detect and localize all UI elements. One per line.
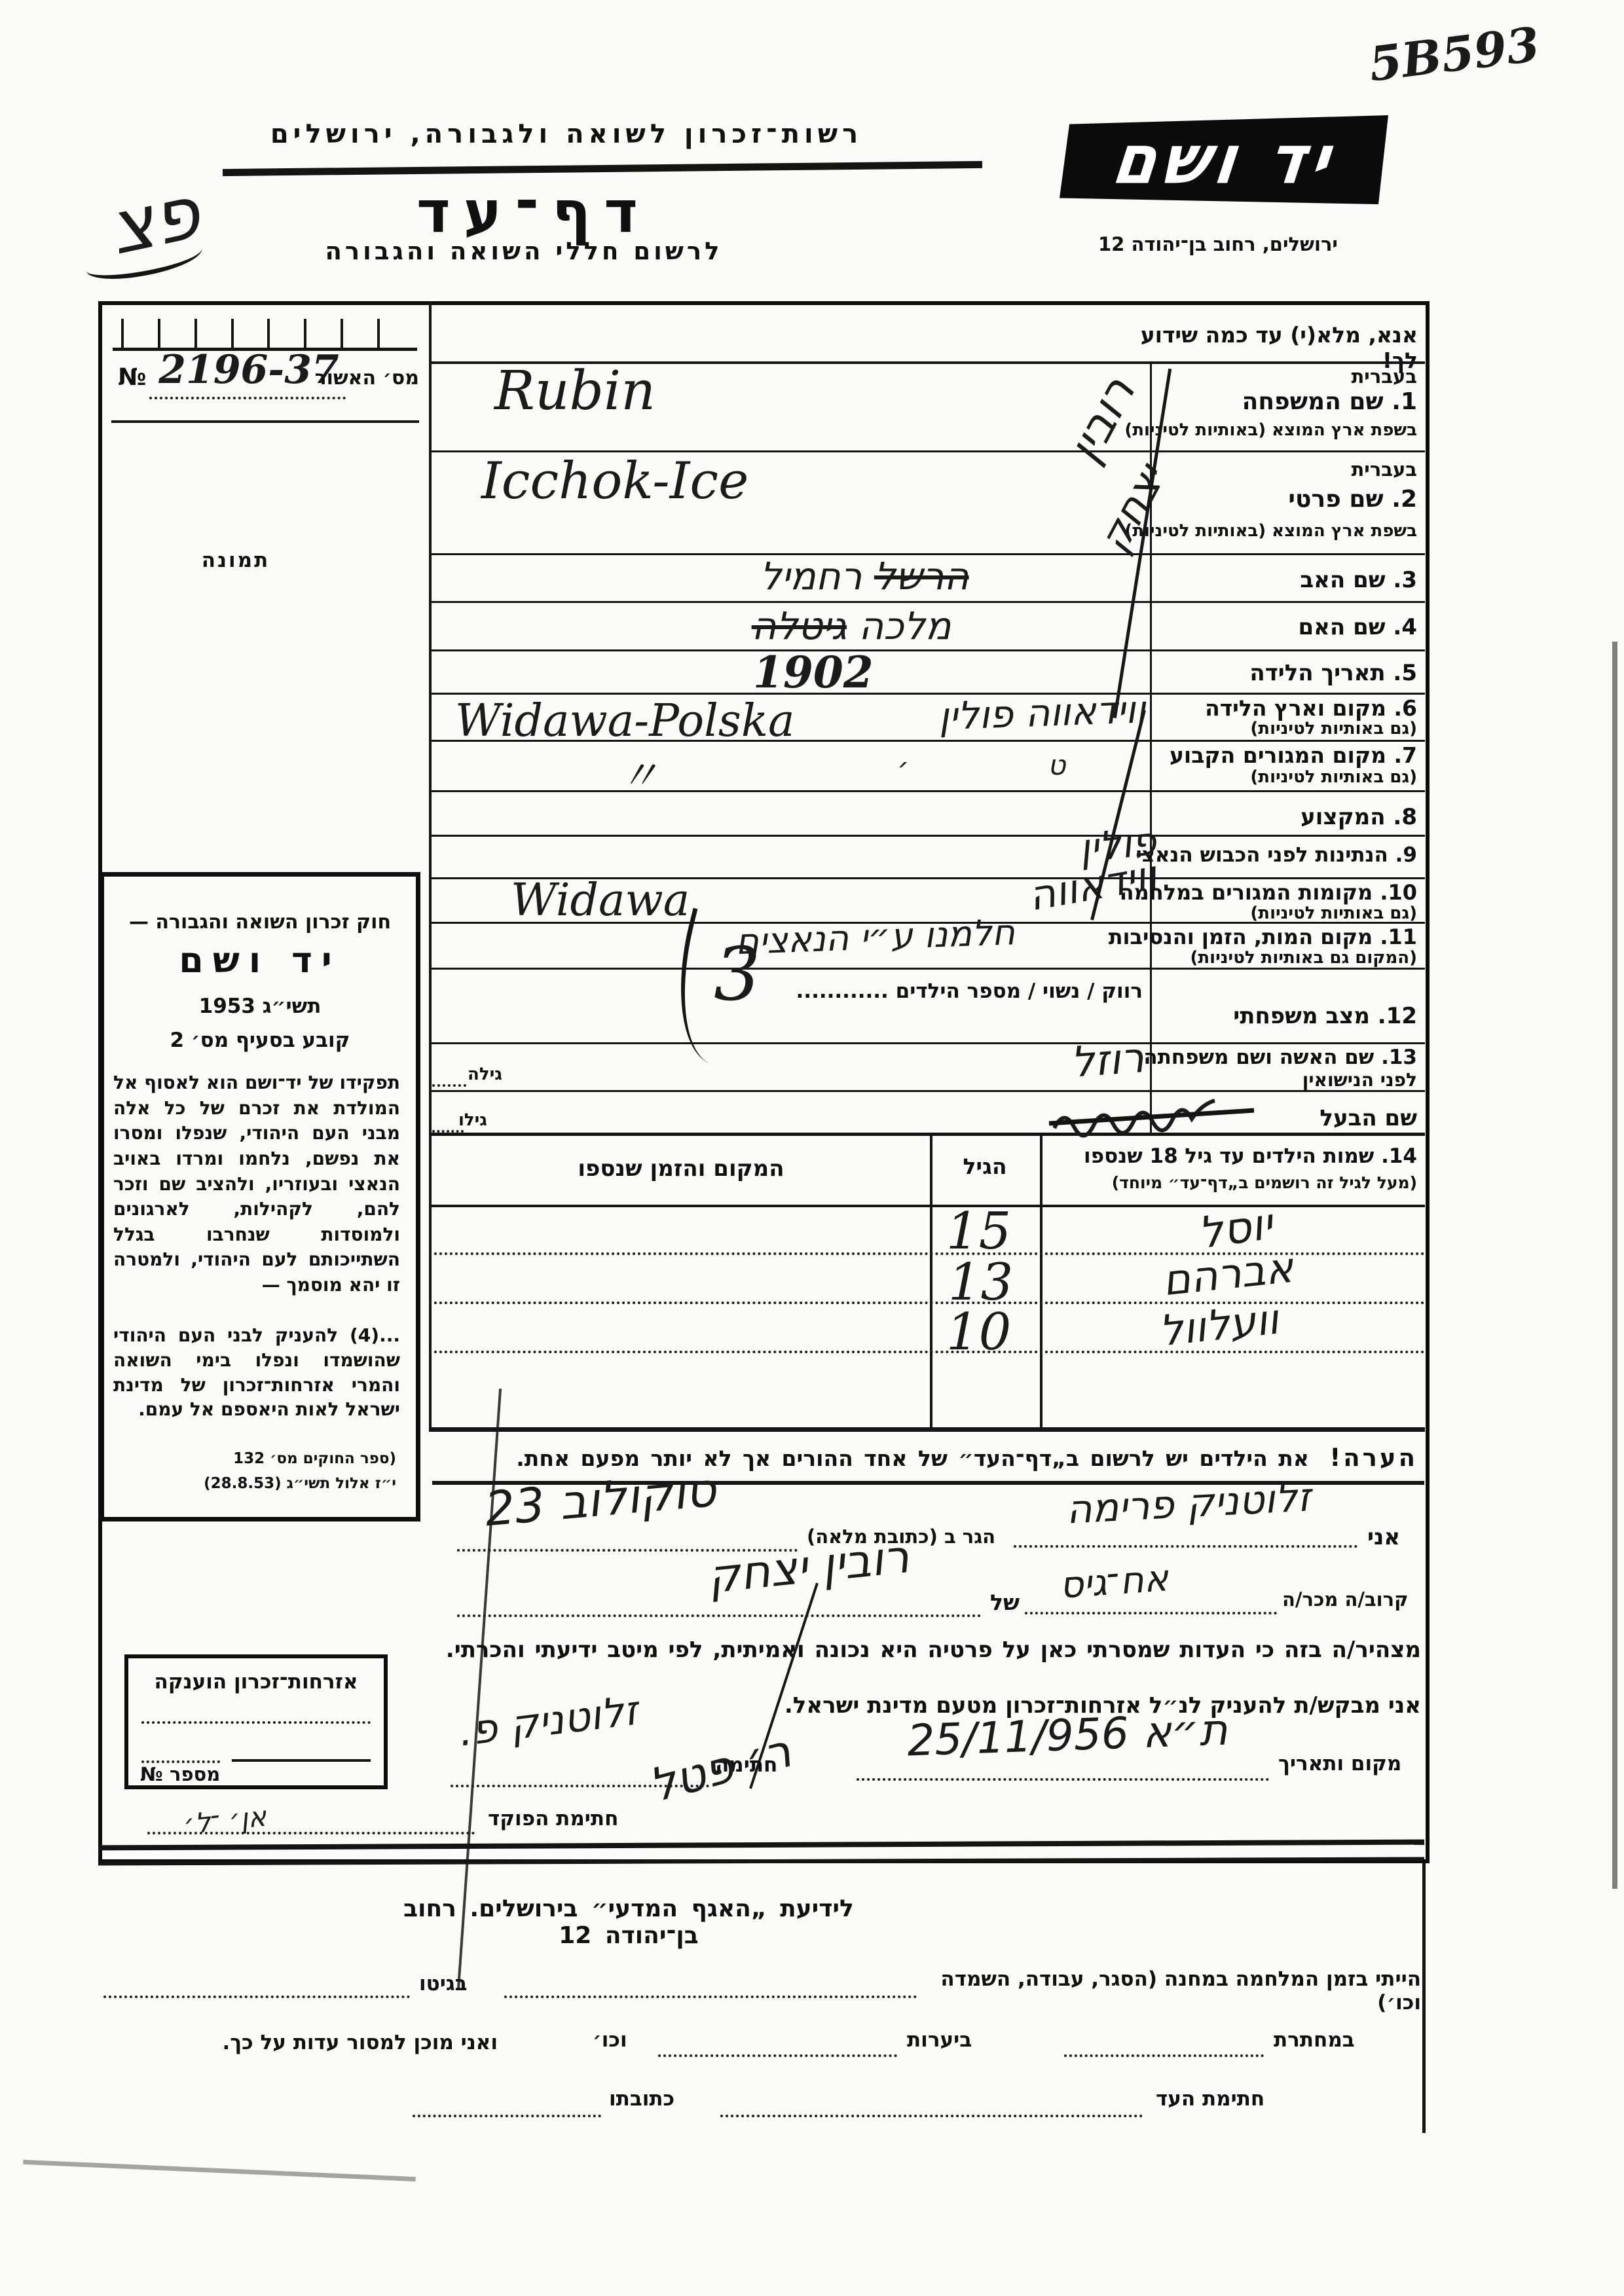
table-header-rule — [429, 1205, 1425, 1207]
field13-sublabel: לפני הנישואין — [1154, 1069, 1422, 1091]
row-rule — [429, 835, 1425, 837]
clerk-signature-label: חתימת הפוקד — [488, 1807, 618, 1831]
table-col-age: הגיל — [932, 1154, 1037, 1179]
citizenship-number-label: מספר № — [140, 1763, 220, 1785]
family-name-latin-handwriting: Rubin — [494, 360, 655, 422]
father-name-rest: רחמיל — [760, 554, 862, 598]
archive-code-handwriting: 5B593 — [1366, 16, 1543, 92]
husband-age-label: גילו — [458, 1110, 487, 1130]
note-line: הערה! את הילדים יש לרשום ב„דף־העד״ של אח… — [445, 1444, 1418, 1472]
mother-name-struck: גיטלה — [752, 604, 847, 648]
husband-crossed-scribble — [1048, 1099, 1257, 1144]
bottom-line1-label: הייתי בזמן המלחמה במחנה (הסגר, עבודה, הש… — [927, 1967, 1421, 2014]
relation-dotted — [1025, 1612, 1277, 1614]
mother-name-handwriting: מלכה גיטלה — [642, 604, 1061, 648]
residence-mark-2: ט — [1048, 749, 1065, 781]
citizenship-line — [232, 1759, 371, 1762]
witness-signature-label: חתימת העד — [1156, 2087, 1264, 2111]
bottom-right-border — [1422, 1863, 1426, 2133]
bottom-underground-label: במחתרת — [1274, 2028, 1355, 2052]
yad-vashem-logo: יד ושם — [1060, 115, 1388, 204]
table-col-place: המקום והזמן שנספו — [517, 1156, 845, 1182]
bottom-etc-label: וכו׳ — [593, 2028, 627, 2052]
photo-label: תמונה — [193, 549, 278, 572]
authority-underline — [223, 161, 982, 176]
victim-name-dotted — [457, 1614, 981, 1617]
citizenship-title: אזרחות־זכרון הוענקה — [128, 1670, 384, 1694]
logo-address: ירושלים, רחוב בן־יהודה 12 — [1048, 233, 1388, 255]
place-date-label: מקום ותאריך — [1278, 1752, 1401, 1776]
row-rule — [429, 601, 1425, 603]
field11-label: 11. מקום המות, הזמן והנסיבות — [1154, 924, 1422, 949]
scan-edge-smudge — [1612, 642, 1617, 1889]
bottom-forests-label: ביערות — [907, 2028, 972, 2052]
note-text: את הילדים יש לרשום ב„דף־העד״ של אחד ההור… — [516, 1446, 1309, 1471]
field12-label: 12. מצב משפחתי — [1154, 1003, 1422, 1029]
child-age: 10 — [946, 1303, 1011, 1362]
statement-line: מצהיר/ה בזה כי העדות שמסרתי כאן על פרטיה… — [445, 1637, 1421, 1663]
field5-label: 5. תאריך הלידה — [1154, 660, 1422, 686]
field6-sublabel: (גם באותיות לטיניות) — [1154, 719, 1422, 738]
scan-streak — [23, 2160, 416, 2181]
bottom-ghetto-dotted — [103, 1995, 410, 1998]
law-clause: ‏...(4) להעניק לבני העם היהודי שהושמדו ו… — [113, 1323, 400, 1422]
relative-label: קרוב/ה מכר/ה — [1282, 1588, 1408, 1611]
law-footnote-2: י״ז אלול תשי״ג (28.8.53) — [204, 1475, 396, 1492]
field1-sublabel: בשפת ארץ המוצא (באותיות לטיניות) — [1154, 420, 1422, 440]
field14-sublabel: (מעל לגיל זה רושמים ב„דף־עד״ מיוחד) — [1048, 1173, 1422, 1192]
wife-name-handwriting: רוזל — [1069, 1034, 1146, 1087]
row-rule — [429, 649, 1425, 651]
birthplace-latin-handwriting: Widawa-Polska — [455, 695, 795, 747]
wife-age-dotted — [432, 1084, 466, 1087]
witness-address-label: כתובתו — [609, 2087, 674, 2111]
law-section: קובע בסעיף מס׳ 2 — [104, 1029, 416, 1052]
law-box: חוק זכרון השואה והגבורה — יד ושם תשי״ג 1… — [100, 872, 420, 1522]
father-name-struck: הרשל — [874, 554, 969, 598]
of-label: של — [990, 1590, 1020, 1615]
authority-line: רשות־זכרון לשואה ולגבורה, ירושלים — [164, 119, 969, 149]
witness-signature-dotted — [720, 2115, 1143, 2117]
table-bottom-rule — [429, 1427, 1425, 1432]
declarant-label: אני — [1367, 1524, 1400, 1550]
tick-marks — [121, 319, 380, 348]
field13-label: 13. שם האשה ושם משפחתה — [1154, 1046, 1422, 1069]
field7-sublabel: (גם באותיות לטיניות) — [1154, 767, 1422, 787]
witness-address-dotted — [413, 2115, 601, 2117]
bottom-underground-dotted — [1064, 2054, 1264, 2057]
law-title: חוק זכרון השואה והגבורה — — [104, 911, 416, 934]
law-year: תשי״ג 1953 — [104, 994, 416, 1018]
war-residence-latin-handwriting: Widawa — [511, 875, 690, 926]
marital-status-options: רווק / נשוי / מספר הילדים ............ — [717, 979, 1143, 1003]
row-rule — [429, 968, 1425, 970]
bottom-line1-dotted — [504, 1995, 917, 1998]
law-body: תפקידו של יד־ושם הוא לאסוף אל המולדת את … — [113, 1070, 400, 1298]
field10-label: 10. מקומות המגורים במלחמה — [1154, 880, 1422, 905]
form-subtitle: לרשום חללי השואה והגבורה — [308, 237, 740, 265]
law-footnote-1: (ספר החוקים מס׳ 132 — [233, 1450, 396, 1467]
field1-hebrew-label: בעברית — [1154, 365, 1422, 388]
field6-label: 6. מקום וארץ הלידה — [1154, 695, 1422, 721]
field4-label: 4. שם האם — [1154, 614, 1422, 640]
birth-year-handwriting: 1902 — [753, 647, 874, 698]
law-yad-vashem: יד ושם — [104, 939, 416, 981]
field14-label: 14. שמות הילדים עד גיל 18 שנספו — [1048, 1144, 1422, 1168]
first-name-latin-handwriting: Icchok-Ice — [481, 452, 748, 511]
serial-dotted-line — [149, 397, 346, 399]
field9-label: 9. הנתינות לפני הכבוש הנאצי — [1154, 843, 1422, 867]
citizenship-dotted-1 — [141, 1721, 371, 1724]
residence-ditto-mark: 〃 — [619, 743, 659, 801]
father-name-handwriting: הרשל רחמיל — [655, 554, 1074, 598]
field8-label: 8. המקצוע — [1154, 804, 1422, 830]
field1-label: 1. שם המשפחה — [1154, 388, 1422, 415]
table-row-rule — [429, 1351, 1425, 1353]
bottom-ghetto-label: בגיטו — [419, 1972, 468, 1995]
field11-sublabel: (המקום גם באותיות לטיניות) — [1154, 948, 1422, 968]
serial-number-sign: № — [118, 364, 146, 391]
field7-label: 7. מקום המגורים הקבוע — [1154, 742, 1422, 768]
declarant-name-dotted — [1014, 1545, 1357, 1548]
citizenship-box: אזרחות־זכרון הוענקה מספר № — [124, 1654, 388, 1789]
field2-sublabel: בשפת ארץ המוצא (באותיות לטיניות) — [1154, 521, 1422, 541]
mother-name-rest: מלכה — [858, 604, 951, 648]
place-date-dotted — [857, 1778, 1269, 1781]
age-column-line-right — [1040, 1133, 1043, 1429]
serial-label: מס׳ האשור — [298, 367, 419, 390]
bottom-title: לידיעת „האגף המדעי״ בירושלים. רחוב בן־יה… — [393, 1895, 864, 1949]
form-title: דף־עד — [380, 178, 688, 246]
photo-column-divider — [429, 301, 432, 1430]
yad-vashem-logo-text: יד ושם — [1108, 120, 1340, 200]
bottom-testimony-label: ואני מוכן למסור עדות על כך. — [98, 2031, 498, 2054]
row-rule — [429, 790, 1425, 792]
row-rule — [429, 1042, 1425, 1044]
serial-bottom-rule — [111, 420, 419, 423]
relation-handwriting: אח־גיס — [1058, 1557, 1170, 1607]
residence-mark-1: ׳ — [897, 752, 909, 785]
field2-label: 2. שם פרטי — [1154, 486, 1422, 513]
husband-age-dotted — [432, 1130, 464, 1133]
wife-age-label: גילה — [468, 1065, 502, 1084]
field2-hebrew-label: בעברית — [1154, 458, 1422, 481]
child-age: 15 — [946, 1202, 1011, 1261]
field10-sublabel: (גם באותיות לטיניות) — [1154, 903, 1422, 923]
note-label: הערה! — [1329, 1444, 1418, 1472]
field3-label: 3. שם האב — [1154, 567, 1422, 593]
table-top-rule — [429, 1133, 1425, 1136]
bottom-forests-dotted — [658, 2054, 897, 2057]
